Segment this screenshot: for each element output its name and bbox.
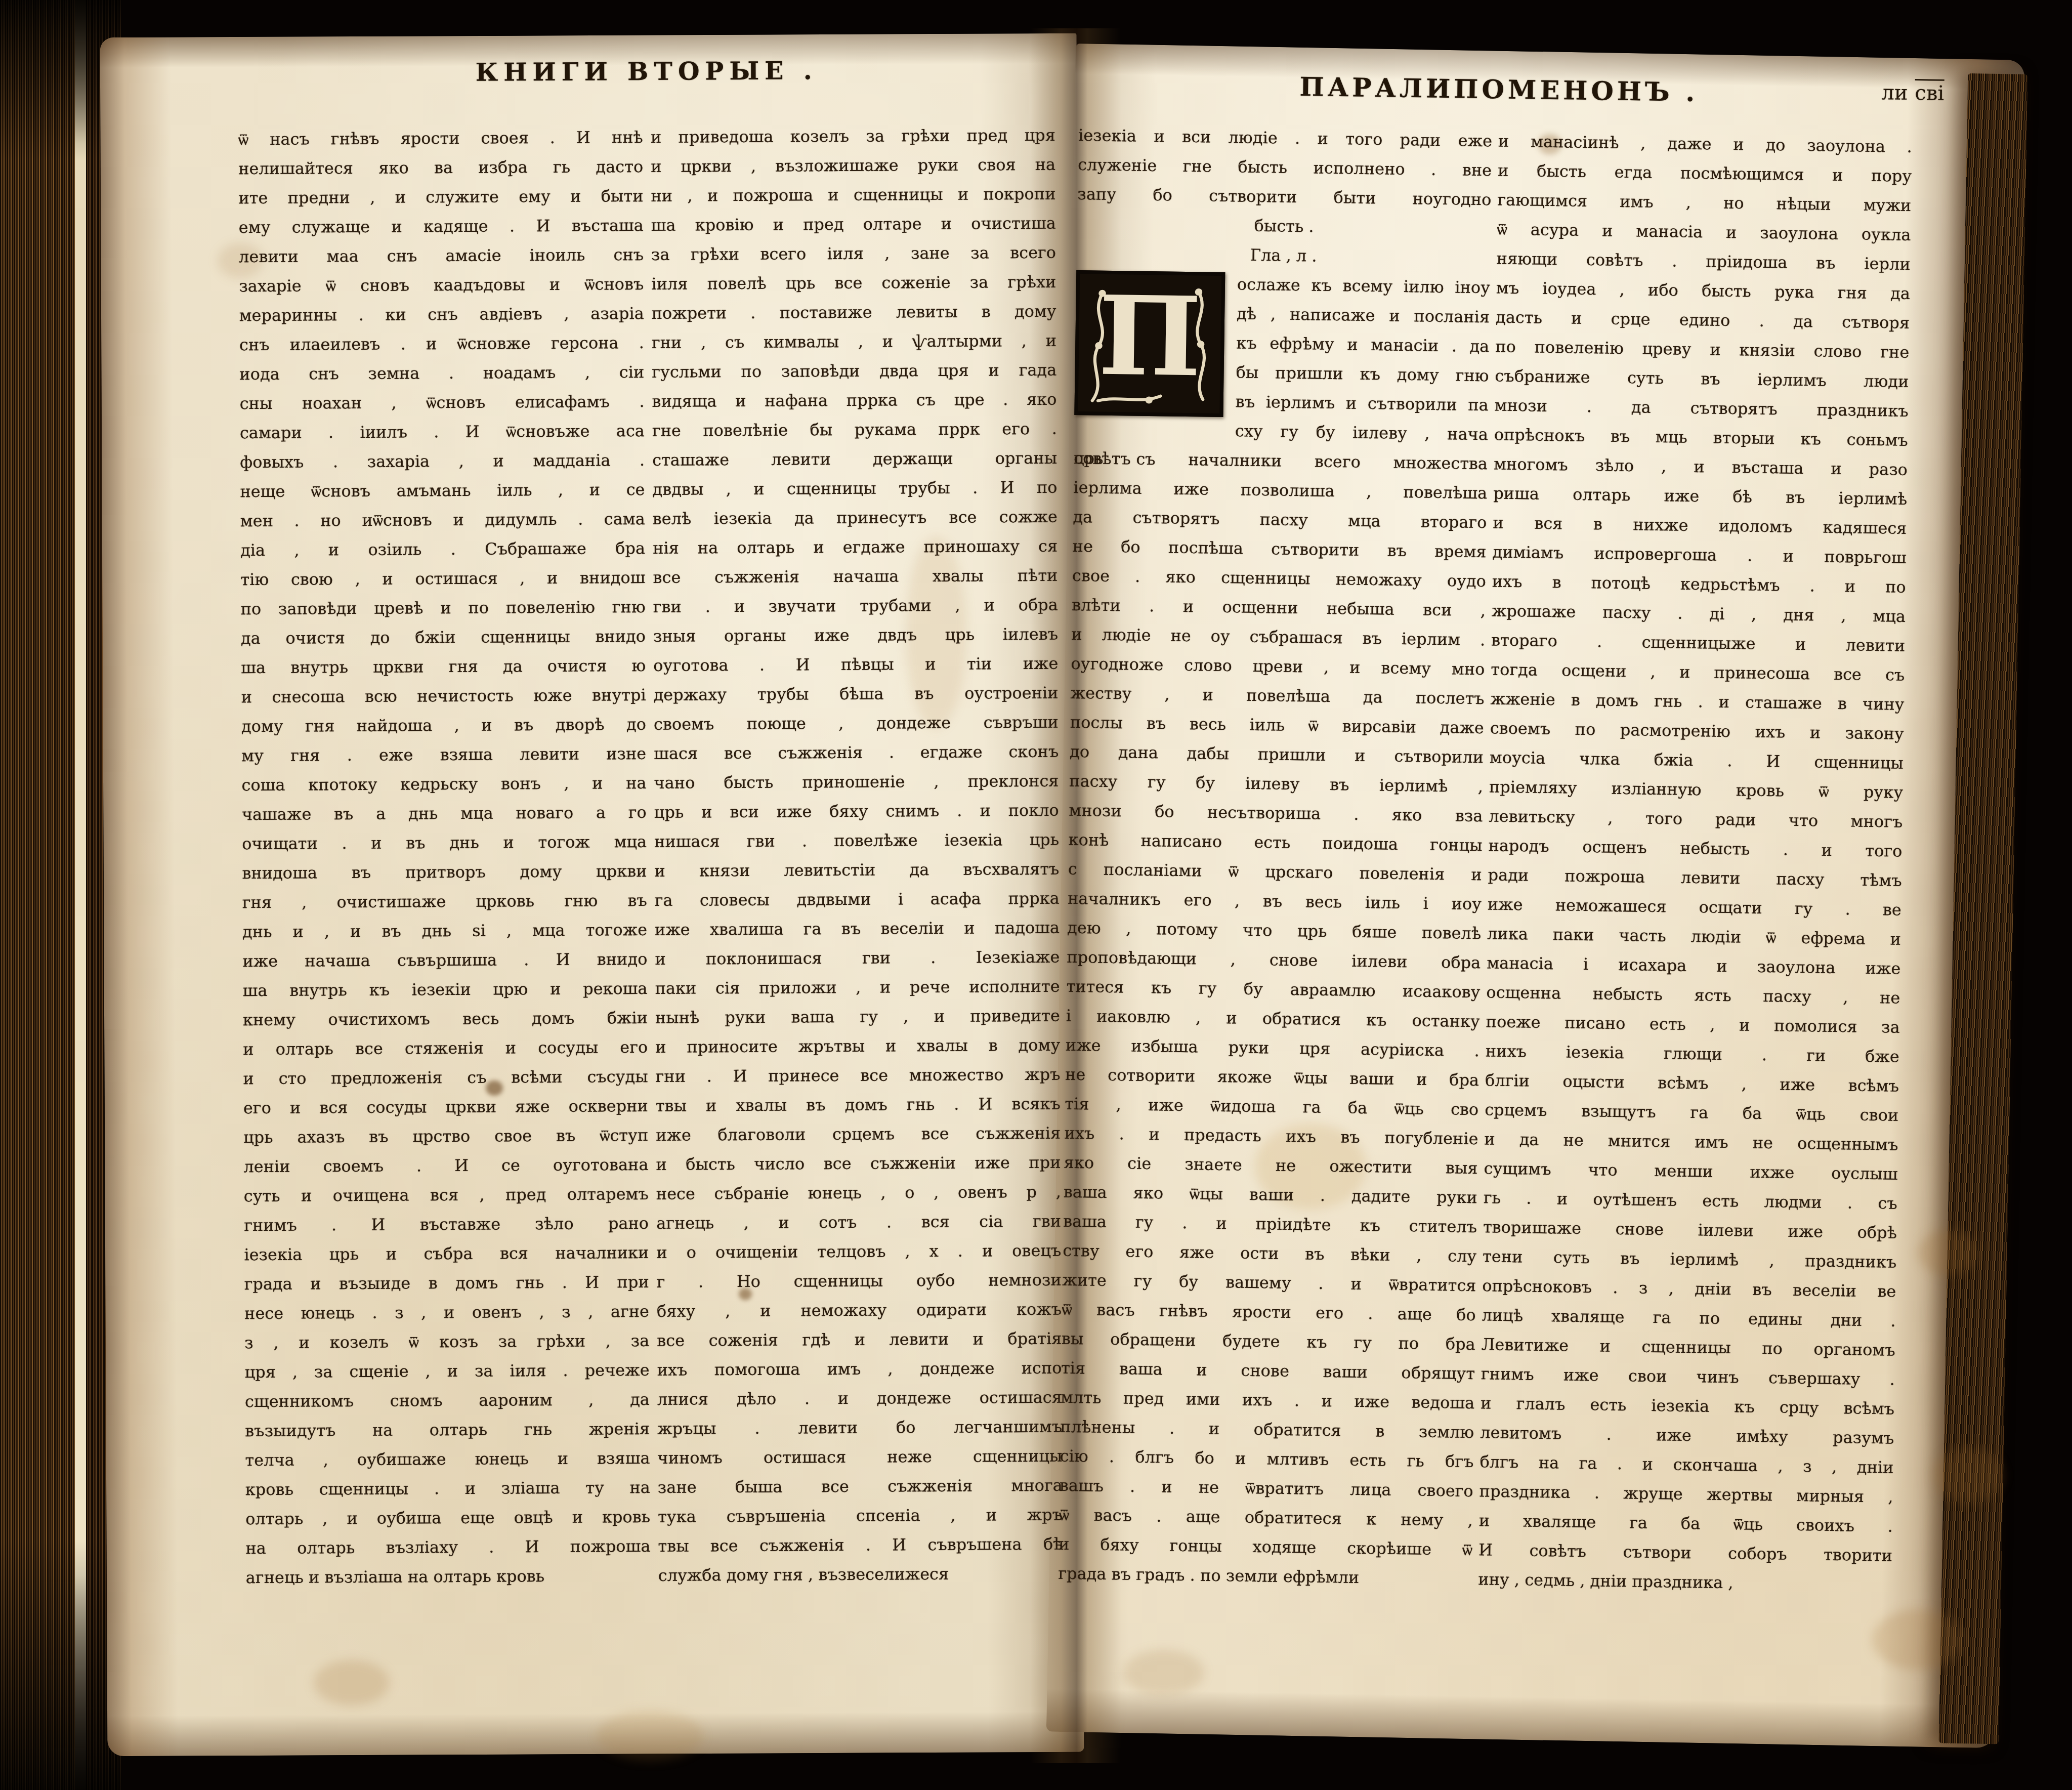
text-line: сщенникомъ сномъ аароним , да [245,1385,650,1416]
text-line: несе юнець . з , и овенъ , з , агне [244,1297,649,1328]
text-line: иода снъ земна . ноадамъ , сіи [239,357,644,389]
text-line: нелишайтеся яко ва избра гь дасто [238,152,643,183]
text-line: и снесоша всю нечистость юже внутрі [241,680,646,712]
text-line: чиномъ остишася неже сщенницы [657,1441,1062,1473]
text-line: га словесы двдвыми і асафа пррка [655,884,1060,915]
text-line: и приведоша козелъ за грѣхи пред цря [651,120,1055,152]
text-line: левити маа снъ амасіе іноиль снъ [239,240,644,271]
woodcut-initial: П [1074,270,1225,417]
text-line: діа , и озіиль . Събрашаже бра [240,533,645,565]
text-line: иже хвалиша га въ веселіи и падоша [655,913,1060,944]
text-line: его и вся сосуды цркви яже оскверни [243,1091,648,1122]
text-line: нишася гви . повелѣже іезекіа црь [654,825,1059,856]
text-line: дому гня найдоша , и въ дворѣ до [241,710,646,741]
text-line: шася все съжженія . егдаже сконъ [654,737,1059,768]
text-line: и олтарь все стяженія и сосуды его [243,1032,648,1064]
text-line: да очистя до бжіи сщенницы внидо [241,621,646,653]
text-line: оуготова . И пѣвцы и тіи иже [653,649,1058,680]
text-line: ите предни , и служите ему и быти [238,181,643,213]
book-edge-right [1939,73,2028,1744]
text-line: суть и очищена вся , пред олтаремъ [244,1179,649,1211]
left-page-column-2: и приведоша козелъ за грѣхи пред цряи цр… [651,120,1063,1590]
text-line: ша внутрь къ іезекіи црю и рекоша [242,974,647,1005]
text-line: жръцы . левити бо легчаншимъ [657,1412,1062,1443]
text-line: гня , очистишаже црковь гню въ [242,886,647,917]
text-line: гви . и звучати трубами , и обра [653,590,1058,621]
text-line: чашаже въ а днь мца новаго а го [242,798,647,829]
text-line: ихъ помогоша имъ , дондеже испо [657,1353,1062,1385]
text-line: іиля повелѣ црь все соженіе за грѣхи [651,267,1056,299]
drop-cap-letter: П [1078,267,1222,406]
text-line: и цркви , възложишаже руки своя на [651,150,1055,181]
text-line: своемъ поюще , дондеже съвръши [654,707,1059,739]
text-line: пожрети . поставиже левиты в дому [652,297,1056,328]
text-line: днь и , и въ днь ѕі , мца тогоже [242,915,647,946]
text-line: паки сія приложи , и рече исполните [655,972,1060,1003]
text-line: видяща и нафана пррка съ цре . яко [652,385,1056,416]
text-line: възыидутъ на олтарь гнь жренія [245,1414,650,1445]
text-line: чано бысть приношеніе , преклонся [654,766,1059,798]
text-line: несе събраніе юнець , о , овенъ р , [656,1177,1061,1209]
text-line: леніи своемъ . И се оуготована [243,1150,648,1181]
text-line: нынѣ руки ваша гу , и приведите [655,1001,1060,1032]
folio-value: сві [1915,79,1944,105]
text-line: ша внутрь цркви гня да очистя ю [241,651,646,682]
text-line: и князи левитьстіи да въсхвалятъ [654,854,1059,886]
text-line: тію свою , и остишася , и внидош [240,563,645,594]
text-line: мен . но иѿсновъ и дидумль . сама [240,504,645,535]
folio-number: лисві [1881,81,1993,106]
text-line: по заповѣди цревѣ и по повеленію гню [241,592,646,623]
text-line: велѣ іезекіа да принесутъ все сожже [653,502,1058,533]
text-line: держаху трубы бѣша въ оустроеніи [653,678,1058,710]
text-line: на олтарь възліаху . И пожроша [245,1531,650,1563]
book-edge-left-outer [0,0,75,1790]
text-line: црь ахазъ въ црство свое въ ѿступ [243,1120,648,1152]
text-line: агнець , и сотъ . вся сіа гви [656,1206,1061,1238]
folio-prefix: ли [1881,81,1908,105]
book-edge-left-sliver [75,0,86,1790]
text-line: ему служаще и кадяще . И въсташа [239,211,644,242]
text-line: двдвы , и сщенницы трубы . И по [652,473,1057,504]
text-line: кровь сщенницы . и зліаша ту на [245,1473,650,1504]
text-line: очищати . и въ днь и тогож мца [242,827,647,858]
text-line: цря , за сщеніе , и за іиля . речеже [244,1355,649,1387]
text-line: кнему очистихомъ весь домъ бжіи [243,1003,648,1034]
text-line: агнець и възліаша на олтарь кровь [246,1561,651,1592]
text-line: ину , седмь , дніи праздника , [1478,1564,1892,1599]
text-line: и о очищеніи телцовъ , х . и овецъ [656,1236,1061,1267]
text-line: гне повелѣніе бы рукама пррк его . [652,414,1057,445]
text-line: гни . И принесе все множество жръ [655,1060,1060,1091]
text-line: зане быша все съжженія многа [658,1471,1063,1502]
text-line: бяху , и неможаху одирати кожъ [657,1295,1062,1326]
text-line: тука съвръшеніа спсеніа , и жръ [658,1500,1063,1531]
text-line: мераринны . ки снъ авдіевъ , азаріа [239,299,644,330]
text-line: гнимъ . И въставже зѣло рано [244,1209,649,1240]
text-line: твы все съжженія . И съвръшена бѣ [658,1529,1063,1561]
running-title-left: КНИГИ ВТОРЫЕ . [238,55,1055,88]
text-line: самари . іиилъ . И ѿсновъже аса [240,416,645,447]
text-line: внидоша въ притворъ дому цркви [242,856,647,888]
text-line: запу бо сътворити быти ноугодно [1077,179,1492,214]
text-line: служба дому гня , възвеселижеся [658,1559,1063,1590]
text-line: г . Но сщенницы оубо немнози [657,1265,1062,1297]
text-line: неще ѿсновъ амъмань іиль , и се [240,475,645,506]
text-line: иже благоволи срцемъ все съжженія [656,1118,1061,1150]
text-line: гусльми по заповѣди двда цря и гада [652,355,1056,387]
right-page-column-1: іезекіа и вси людіе . и того ради ежеслу… [1058,120,1492,1594]
text-line: телча , оубишаже юнець и взяша [245,1443,650,1475]
left-page-column-1: ѿ насъ гнѣвъ ярости своея . И ннѣнелишай… [238,122,651,1592]
text-line: града въ градъ . по земли ефрѣмли [1058,1559,1472,1594]
text-line: сны ноахан , ѿсновъ елисафамъ . [239,387,644,418]
text-line: иже начаша съвършиша . И внидо [242,944,647,976]
text-line: и приносите жрътвы и хвалы в дому [655,1030,1060,1062]
text-line: захаріе ѿ сновъ каадъдовы и ѿсновъ [239,269,644,301]
open-book-photo: КНИГИ ВТОРЫЕ . ѿ насъ гнѣвъ ярости своея… [0,0,2072,1790]
text-line: сташаже левити держащи органы [652,443,1057,475]
text-line: все соженія гдѣ и левити и братія [657,1324,1062,1355]
text-line: за грѣхи всего іиля , зане за всего [651,238,1056,269]
text-line: и сто предложенія съ всѣми съсуды [243,1062,648,1093]
text-line: з , и козелъ ѿ козъ за грѣхи , за [244,1326,649,1357]
text-line: соша кпотоку кедрьску вонъ , и на [241,768,646,800]
text-line: гни , съ кимвалы , и ѱалтырми , и [652,326,1056,357]
text-line: снъ илаеилевъ . и ѿсновже герсона . [239,328,644,359]
text-line: нія на олтарь и егдаже приношаху ся [653,531,1058,563]
text-line: му гня . еже взяша левити изне [241,739,646,770]
right-page-column-2: и манасіинѣ , даже и до заоулона .и быст… [1478,127,1912,1600]
text-line: и бысть число все съжженіи иже при [656,1148,1061,1179]
text-line: твы и хвалы въ домъ гнь . И всякъ [656,1089,1061,1120]
text-line: ѿ насъ гнѣвъ ярости своея . И ннѣ [238,122,643,154]
text-line: ни , и пожроша и сщенницы и покропи [651,179,1055,211]
text-line: зныя органы иже двдъ црь іилевъ [653,619,1058,651]
text-line: града и възыиде в домъ гнь . И при [244,1267,649,1299]
text-line: црь и вси иже бяху снимъ . и покло [654,796,1059,827]
text-line: и поклонишася гви . Іезекіаже [655,942,1060,974]
text-line: олтарь , и оубиша еще овцѣ и кровь [245,1502,650,1533]
text-line: фовыхъ . захаріа , и мадданіа . [240,445,645,477]
text-line: ша кровію и пред олтаре и очистиша [651,209,1056,240]
text-line: все съжженія начаша хвалы пѣти [653,561,1058,592]
text-line: іезекіа црь и събра вся началники [244,1238,649,1269]
text-line: лнися дѣло . и дондеже остишася [657,1383,1062,1414]
